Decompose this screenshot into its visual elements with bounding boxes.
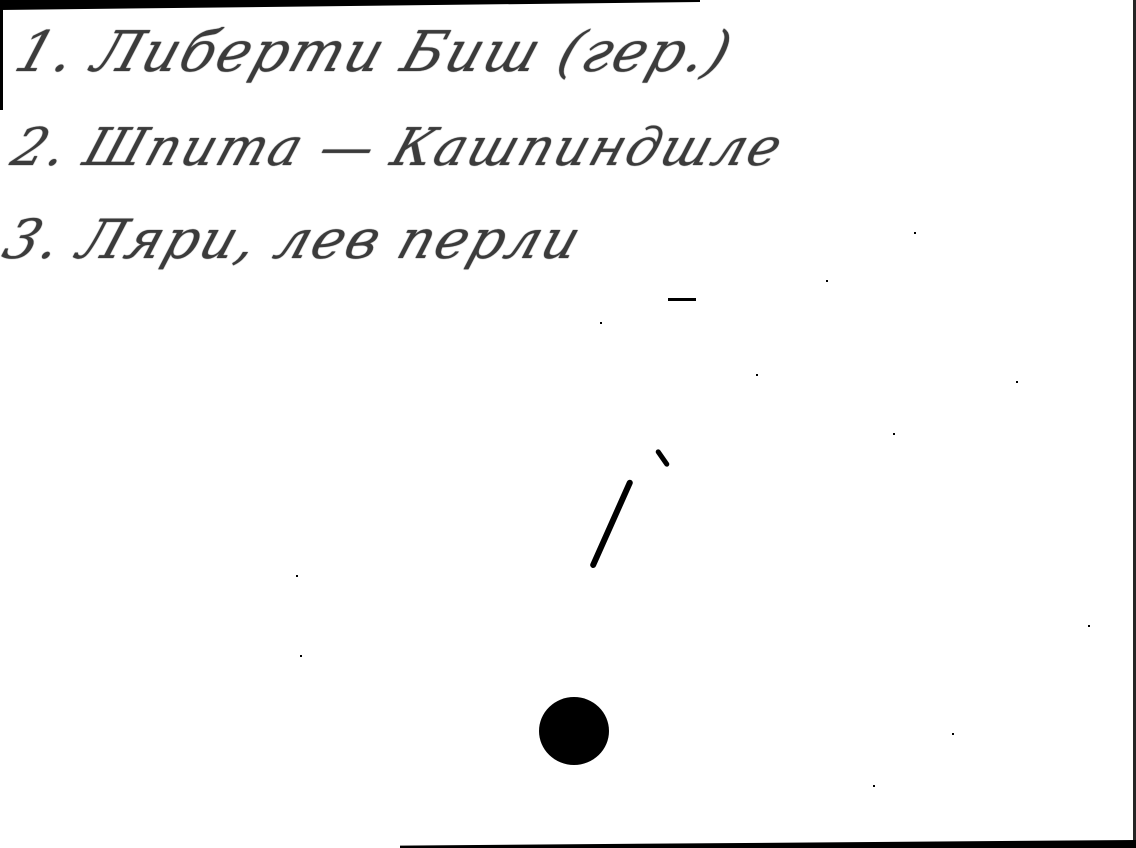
speck <box>296 575 298 577</box>
speck <box>300 655 302 657</box>
speck <box>756 374 758 376</box>
speck <box>873 785 875 787</box>
ink-dash <box>668 298 696 301</box>
ink-tick-mark <box>655 448 671 467</box>
speck <box>1088 625 1090 627</box>
card-bottom-edge <box>400 840 1136 848</box>
punch-hole <box>539 697 609 765</box>
card-top-edge <box>0 0 700 10</box>
handwritten-line-3: 3. Ляри, лев перли <box>0 208 591 271</box>
speck <box>826 280 828 282</box>
speck <box>1016 381 1018 383</box>
handwritten-line-2: 2. Шпита — Кашпиндшле <box>4 118 791 178</box>
speck <box>952 733 954 735</box>
speck <box>893 433 895 435</box>
speck <box>600 322 602 324</box>
card-left-edge <box>0 0 3 110</box>
ink-stroke-mark <box>589 479 634 569</box>
speck <box>914 232 916 234</box>
handwritten-line-1: 1. Либерти Биш (гер.) <box>7 20 741 85</box>
